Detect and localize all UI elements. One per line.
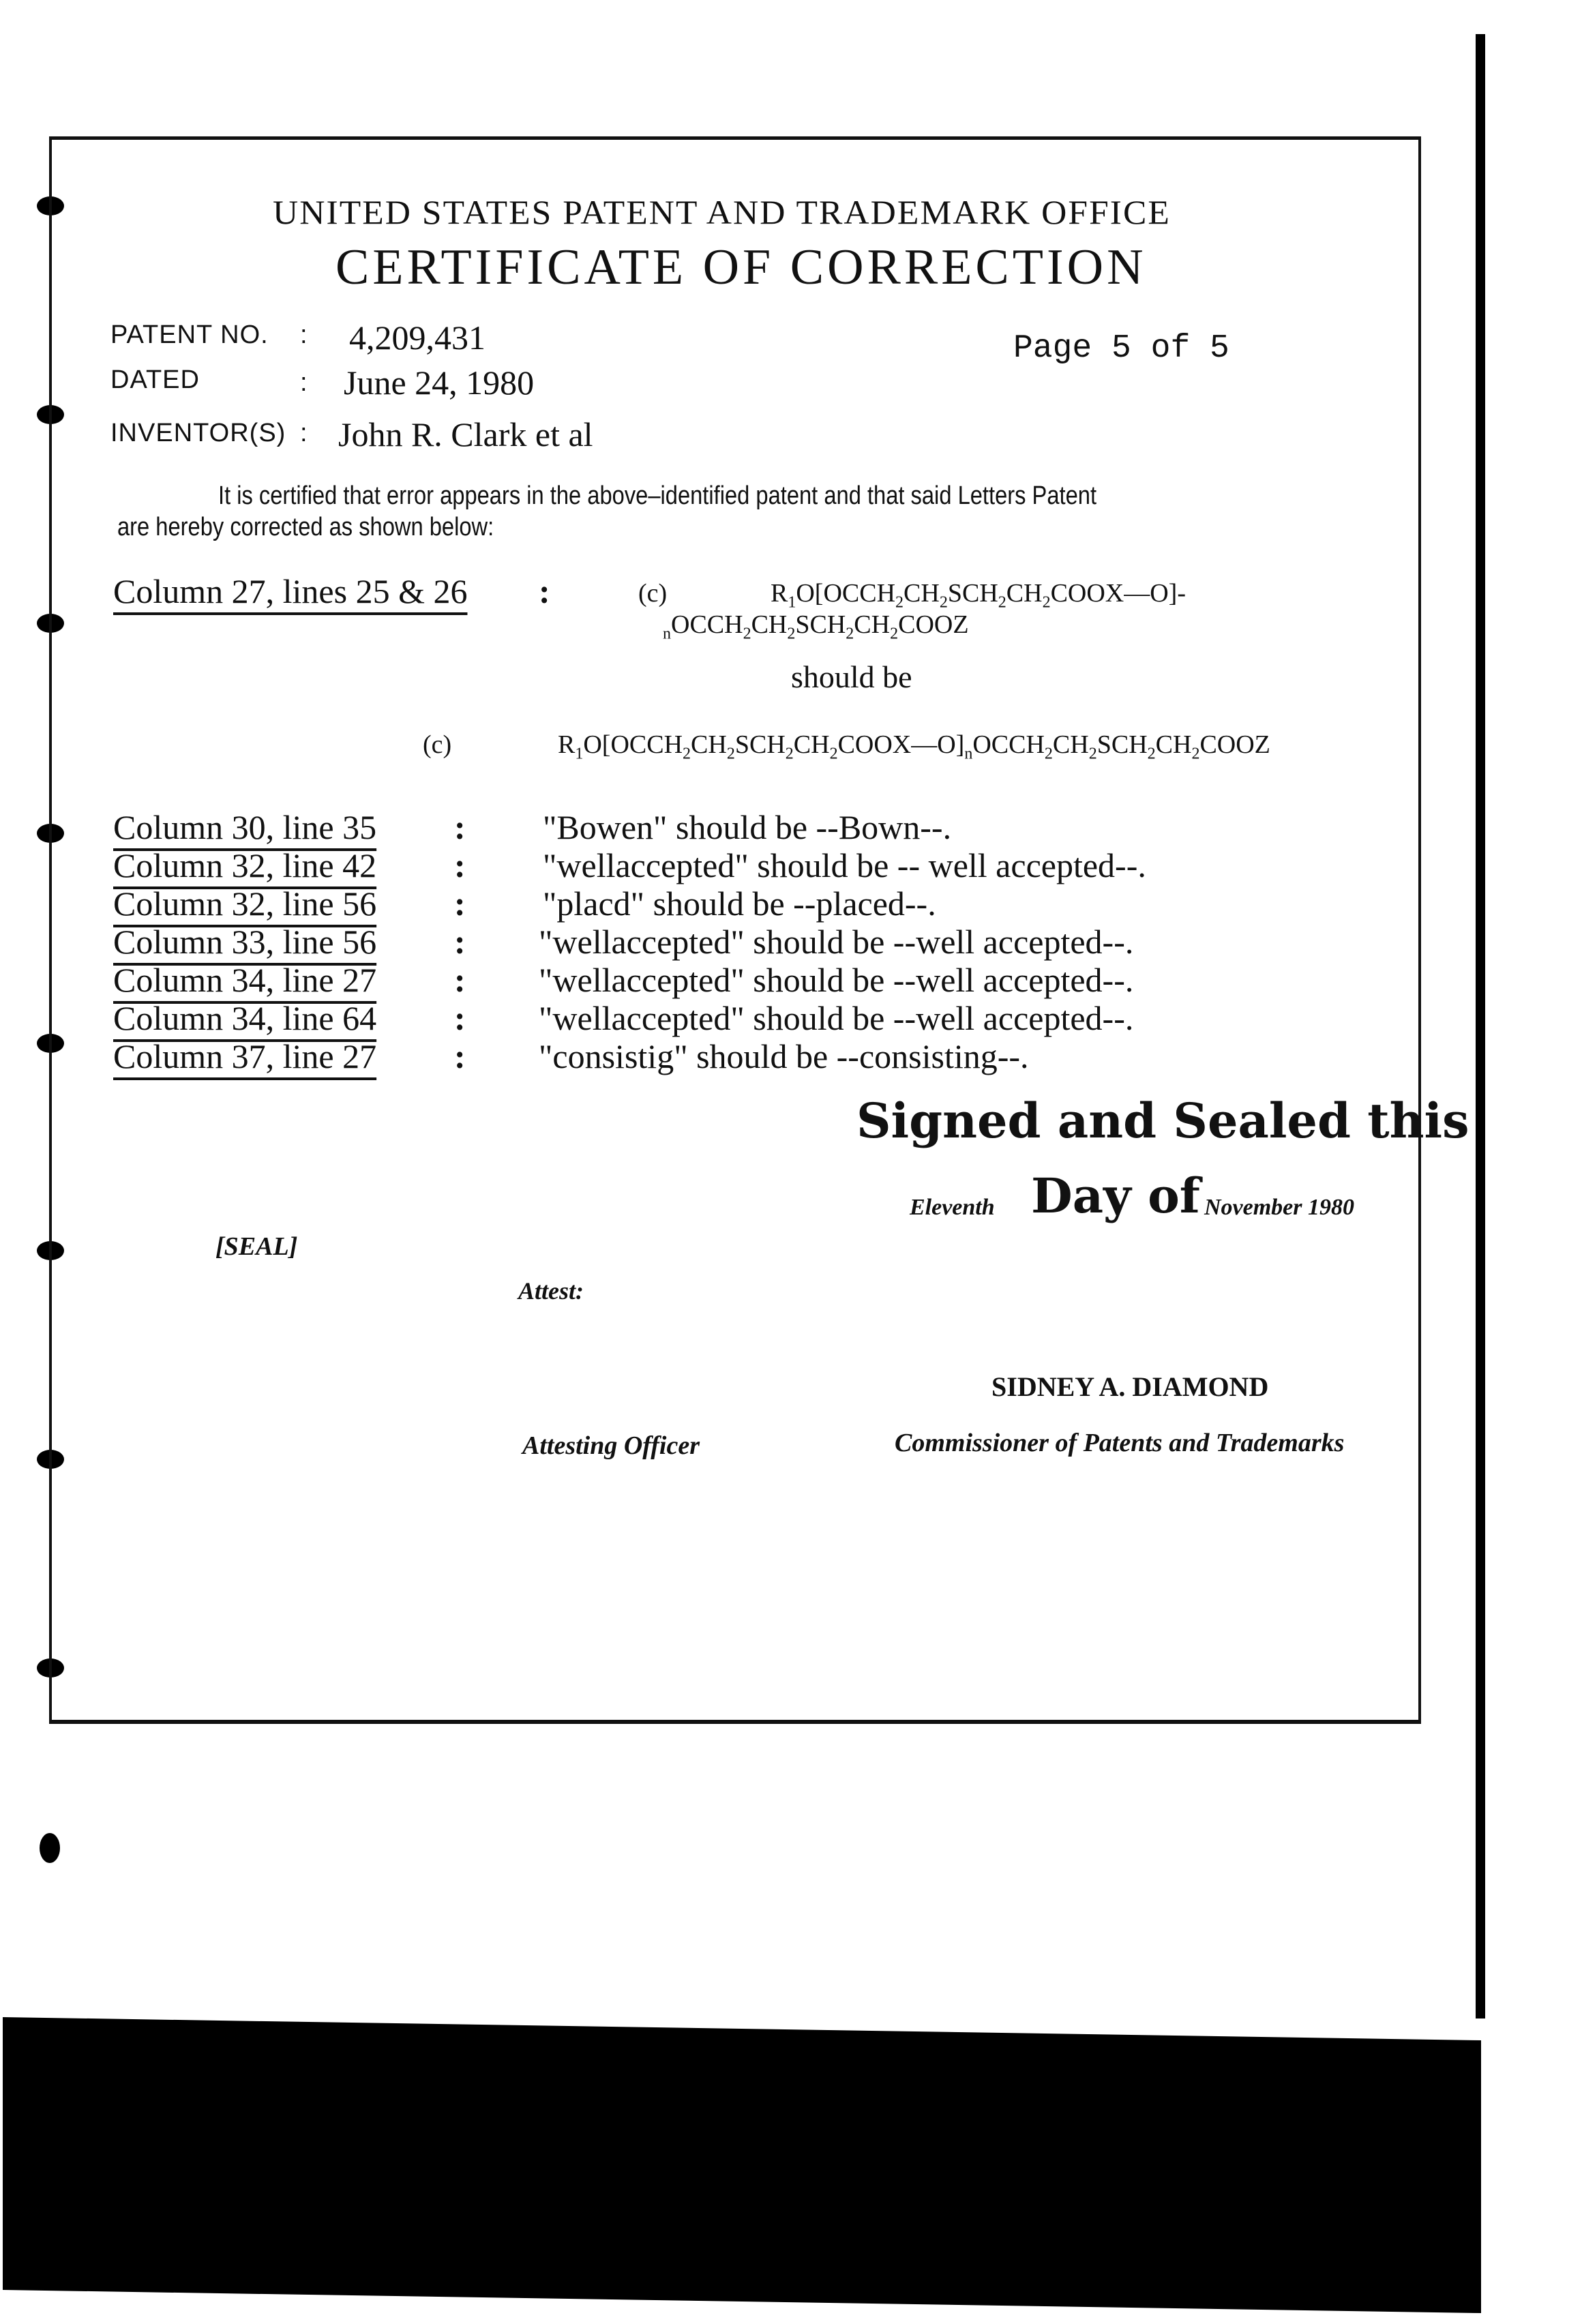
field-separator: : (300, 419, 308, 448)
correction-location: Column 34, line 64 (113, 998, 376, 1038)
correction-location: Column 33, line 56 (113, 922, 376, 962)
field-separator: : (300, 321, 308, 350)
seal-placeholder: [SEAL] (215, 1232, 297, 1262)
patent-no-label: PATENT NO. (110, 321, 269, 350)
correction-row: Column 34, line 27 : "wellaccepted" shou… (109, 960, 1337, 998)
inventors-value: John R. Clark et al (338, 415, 593, 454)
correction-colon: : (454, 846, 466, 885)
formula-correction-colon: : (539, 571, 550, 611)
should-be-label: should be (791, 659, 912, 695)
correction-colon: : (454, 807, 466, 847)
correction-colon: : (454, 922, 466, 962)
correction-colon: : (454, 884, 466, 923)
correction-colon: : (454, 1037, 466, 1076)
correction-location: Column 37, line 27 (113, 1037, 376, 1076)
correction-row: Column 33, line 56 : "wellaccepted" shou… (109, 922, 1337, 960)
correction-location: Column 32, line 42 (113, 846, 376, 885)
patent-number: 4,209,431 (349, 318, 486, 357)
correction-text: "placd" should be --placed--. (543, 884, 936, 923)
correction-row: Column 34, line 64 : "wellaccepted" shou… (109, 998, 1337, 1037)
correction-location: Column 30, line 35 (113, 807, 376, 847)
attest-label: Attest: (518, 1277, 584, 1305)
punch-hole (40, 2061, 60, 2091)
formula-correction-location: Column 27, lines 25 & 26 (113, 571, 467, 611)
formula-corrected: R1O[OCCH2CH2SCH2CH2COOX—O]nOCCH2CH2SCH2C… (558, 730, 1270, 764)
inventors-label: INVENTOR(S) (110, 419, 286, 448)
signed-sealed-heading: Signed and Sealed this (856, 1092, 1469, 1149)
correction-text: "wellaccepted" should be --well accepted… (539, 960, 1133, 1000)
correction-location: Column 34, line 27 (113, 960, 376, 1000)
day-of-label: Day of (1031, 1167, 1200, 1224)
month-year: November 1980 (1204, 1195, 1354, 1221)
scan-bottom-band (3, 2017, 1481, 2313)
correction-location: Column 32, line 56 (113, 884, 376, 923)
formula-wrong-line-2: nOCCH2CH2SCH2CH2COOZ (663, 610, 969, 644)
correction-text: "consistig" should be --consisting--. (539, 1037, 1029, 1076)
field-separator: : (300, 368, 308, 398)
dated-value: June 24, 1980 (344, 363, 534, 402)
correction-row: Column 30, line 35 : "Bowen" should be -… (109, 807, 1337, 846)
day-word: Eleventh (910, 1195, 995, 1221)
page-indicator: Page 5 of 5 (1013, 330, 1229, 367)
attesting-officer-label: Attesting Officer (522, 1431, 700, 1461)
formula-wrong-line-1: R1O[OCCH2CH2SCH2CH2COOX—O]- (771, 578, 1186, 612)
correction-text: "wellaccepted" should be -- well accepte… (543, 846, 1146, 885)
agency-name: UNITED STATES PATENT AND TRADEMARK OFFIC… (273, 192, 1171, 232)
formula-right-label: (c) (423, 730, 451, 760)
certificate-title: CERTIFICATE OF CORRECTION (335, 239, 1147, 297)
correction-row: Column 37, line 27 : "consistig" should … (109, 1037, 1337, 1075)
commissioner-name: SIDNEY A. DIAMOND (991, 1371, 1268, 1403)
correction-row: Column 32, line 56 : "placd" should be -… (109, 884, 1337, 922)
correction-row: Column 32, line 42 : "wellaccepted" shou… (109, 846, 1337, 884)
correction-colon: : (454, 998, 466, 1038)
dated-label: DATED (110, 366, 200, 395)
correction-colon: : (454, 960, 466, 1000)
certification-line-1: It is certified that error appears in th… (218, 481, 1096, 511)
formula-wrong-label: (c) (638, 578, 667, 608)
correction-text: "wellaccepted" should be --well accepted… (539, 998, 1133, 1038)
correction-text: "Bowen" should be --Bown--. (543, 807, 951, 847)
commissioner-title: Commissioner of Patents and Trademarks (895, 1428, 1344, 1458)
punch-hole (40, 1833, 60, 1863)
scan-edge-bar (1476, 34, 1485, 2018)
correction-text: "wellaccepted" should be --well accepted… (539, 922, 1133, 962)
certification-line-2: are hereby corrected as shown below: (117, 513, 494, 542)
